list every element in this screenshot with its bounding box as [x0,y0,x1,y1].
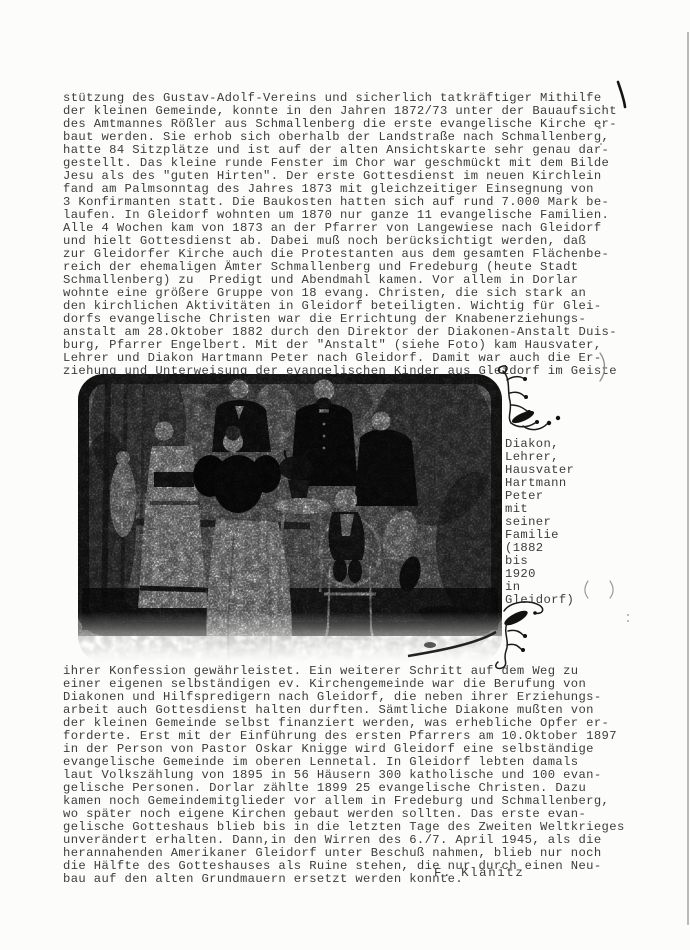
pen-parens-mark [582,578,616,600]
family-photo-image [78,374,502,662]
ink-speck [598,126,601,129]
ink-speck [600,143,602,145]
ink-speck [627,614,629,616]
pen-slash-mark [614,79,630,111]
family-photo [78,374,502,662]
vine-flourish-top-icon [483,360,565,438]
pen-curl-mark [597,351,609,383]
vine-flourish-bottom-icon [490,597,552,671]
author-signature: F. Klanitz [434,866,524,880]
ink-speck [627,620,629,622]
scan-edge-line [687,32,689,925]
photo-caption: Diakon, Lehrer, Hausvater Hartmann Peter… [505,438,574,607]
paragraph-bottom: ihrer Konfession gewährleistet. Ein weit… [63,665,625,886]
scanned-document-page: stützung des Gustav-Adolf-Vereins und si… [0,0,690,950]
paragraph-top: stützung des Gustav-Adolf-Vereins und si… [63,92,617,378]
